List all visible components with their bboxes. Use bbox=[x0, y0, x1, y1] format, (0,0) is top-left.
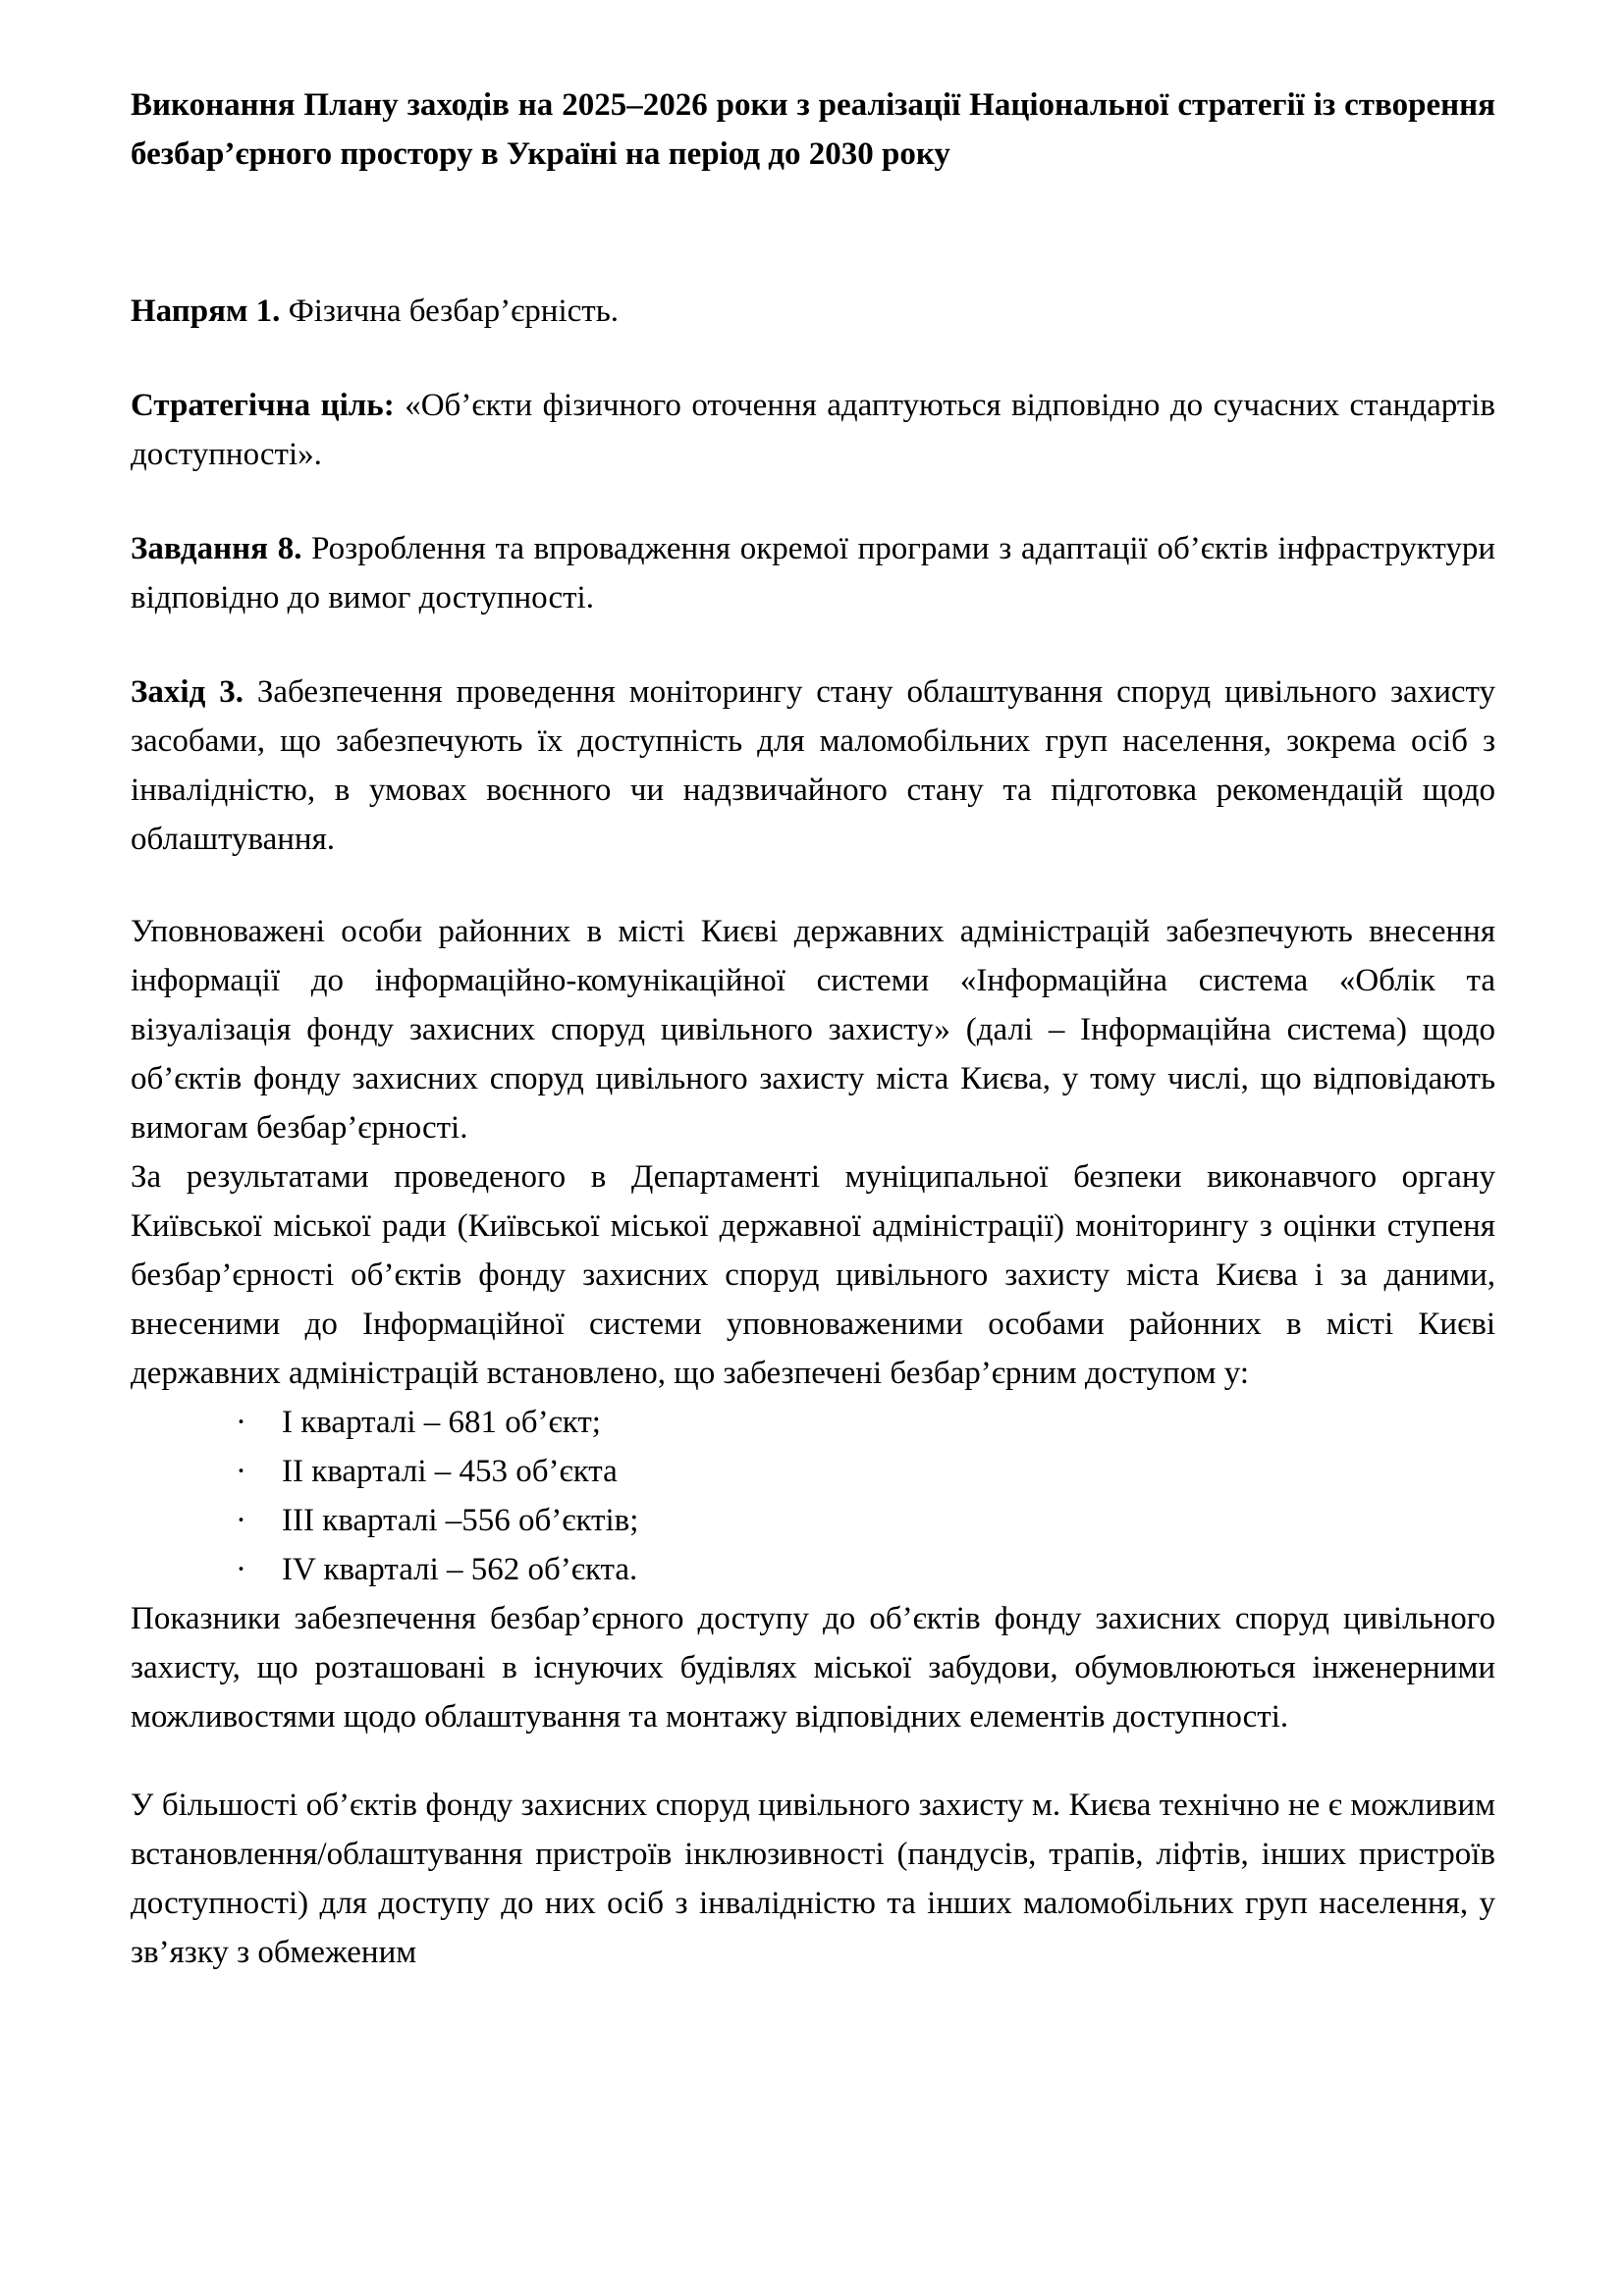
section-strategic-goal: Стратегічна ціль: «Об’єкти фізичного ото… bbox=[131, 381, 1495, 479]
quarter-4-value: IV кварталі – 562 об’єкта. bbox=[282, 1545, 637, 1594]
strategic-goal-label: Стратегічна ціль: bbox=[131, 388, 395, 423]
paragraph-authorized-persons: Уповноважені особи районних в місті Києв… bbox=[131, 907, 1495, 1152]
measure-label: Захід 3. bbox=[131, 674, 244, 710]
list-item: · ІІІ кварталі –556 об’єктів; bbox=[131, 1496, 1495, 1545]
bullet-icon: · bbox=[236, 1447, 282, 1496]
list-item: · ІІ кварталі – 453 об’єкта bbox=[131, 1447, 1495, 1496]
quarterly-results-list: · І кварталі – 681 об’єкт; · ІІ кварталі… bbox=[131, 1398, 1495, 1594]
paragraph-access-indicators: Показники забезпечення безбар’єрного дос… bbox=[131, 1594, 1495, 1741]
task-label: Завдання 8. bbox=[131, 531, 301, 566]
bullet-icon: · bbox=[236, 1545, 282, 1594]
direction-label: Напрям 1. bbox=[131, 294, 280, 329]
paragraph-majority-objects: У більшості об’єктів фонду захисних спор… bbox=[131, 1781, 1495, 1977]
bullet-icon: · bbox=[236, 1398, 282, 1447]
task-text: Розроблення та впровадження окремої прог… bbox=[131, 531, 1495, 615]
quarter-3-value: ІІІ кварталі –556 об’єктів; bbox=[282, 1496, 638, 1545]
direction-text: Фізична безбар’єрність. bbox=[280, 294, 619, 329]
quarter-2-value: ІІ кварталі – 453 об’єкта bbox=[282, 1447, 618, 1496]
quarter-1-value: І кварталі – 681 об’єкт; bbox=[282, 1398, 601, 1447]
document-title: Виконання Плану заходів на 2025–2026 рок… bbox=[131, 80, 1495, 179]
section-measure: Захід 3. Забезпечення проведення монітор… bbox=[131, 667, 1495, 864]
list-item: · IV кварталі – 562 об’єкта. bbox=[131, 1545, 1495, 1594]
list-item: · І кварталі – 681 об’єкт; bbox=[131, 1398, 1495, 1447]
bullet-icon: · bbox=[236, 1496, 282, 1545]
document-page: Виконання Плану заходів на 2025–2026 рок… bbox=[0, 0, 1624, 2296]
section-task: Завдання 8. Розроблення та впровадження … bbox=[131, 524, 1495, 622]
section-direction: Напрям 1. Фізична безбар’єрність. bbox=[131, 287, 1495, 336]
paragraph-monitoring-results: За результатами проведеного в Департамен… bbox=[131, 1152, 1495, 1398]
measure-text: Забезпечення проведення моніторингу стан… bbox=[131, 674, 1495, 857]
